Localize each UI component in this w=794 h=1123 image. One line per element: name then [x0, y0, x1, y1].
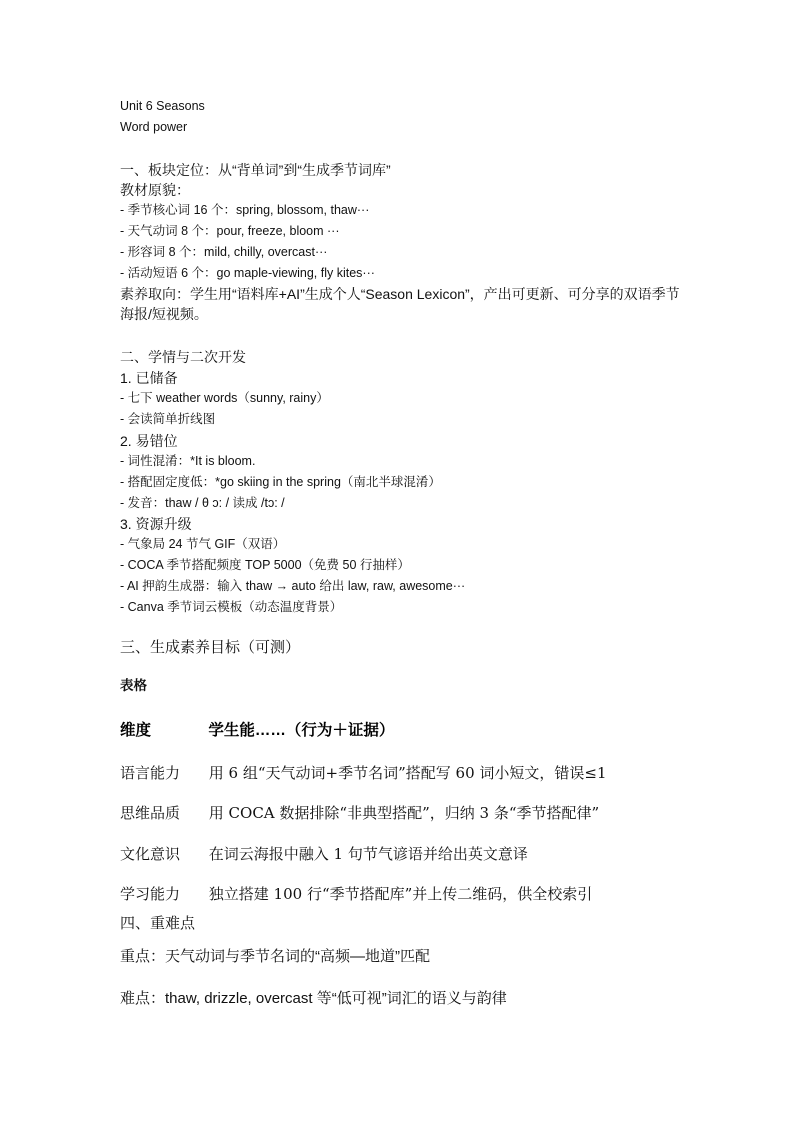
group-item: - 搭配固定度低：*go skiing in the spring（南北半球混淆…	[120, 473, 441, 491]
group-item: - 七下 weather words（sunny, rainy）	[120, 389, 329, 407]
table-header-dimension: 维度	[120, 720, 204, 742]
group-item: - 气象局 24 节气 GIF（双语）	[120, 535, 285, 553]
table-cell-ability: 独立搭建 100 行“季节搭配库”并上传二维码，供全校索引	[209, 883, 593, 905]
group-label: 2. 易错位	[120, 431, 178, 451]
difficult-point: 难点：thaw, drizzle, overcast 等“低可视”词汇的语义与韵…	[120, 988, 507, 1010]
table-cell-dimension: 语言能力	[120, 762, 204, 784]
document-page: Unit 6 Seasons Word power 一、板块定位：从“背单词”到…	[0, 0, 794, 1123]
table-cell-ability: 在词云海报中融入 1 句节气谚语并给出英文意译	[209, 843, 528, 865]
section2-title: 二、学情与二次开发	[120, 347, 246, 367]
group-item: - COCA 季节搭配频度 TOP 5000（免费 50 行抽样）	[120, 556, 410, 574]
materials-label: 教材原貌：	[120, 180, 190, 200]
table-cell-dimension: 文化意识	[120, 843, 204, 865]
group-label: 1. 已储备	[120, 368, 178, 388]
material-item: - 季节核心词 16 个：spring, blossom, thaw···	[120, 201, 369, 219]
group-item: - 会读简单折线图	[120, 410, 215, 428]
table-row: 学习能力 独立搭建 100 行“季节搭配库”并上传二维码，供全校索引	[120, 883, 592, 905]
table-row: 文化意识 在词云海报中融入 1 句节气谚语并给出英文意译	[120, 843, 528, 865]
table-cell-dimension: 学习能力	[120, 883, 204, 905]
material-item: - 活动短语 6 个：go maple-viewing, fly kites··…	[120, 264, 375, 282]
unit-title: Unit 6 Seasons	[120, 97, 205, 115]
section4-title: 四、重难点	[120, 913, 195, 935]
table-cell-ability: 用 COCA 数据排除“非典型搭配”，归纳 3 条“季节搭配律”	[209, 802, 599, 824]
table-cell-dimension: 思维品质	[120, 802, 204, 824]
literacy-orientation: 素养取向：学生用“语料库+AI”生成个人“Season Lexicon”，产出可…	[120, 284, 680, 324]
material-item: - 天气动词 8 个：pour, freeze, bloom ···	[120, 222, 340, 240]
section1-title: 一、板块定位：从“背单词”到“生成季节词库”	[120, 160, 391, 180]
table-row: 思维品质 用 COCA 数据排除“非典型搭配”，归纳 3 条“季节搭配律”	[120, 802, 599, 824]
table-row: 语言能力 用 6 组“天气动词+季节名词”搭配写 60 词小短文，错误≤1	[120, 762, 607, 784]
group-item: - 发音：thaw / θ ɔ: / 读成 /tɔ: /	[120, 494, 285, 512]
section3-title: 三、生成素养目标（可测）	[120, 637, 300, 659]
group-item: - 词性混淆：*It is bloom.	[120, 452, 255, 470]
table-cell-ability: 用 6 组“天气动词+季节名词”搭配写 60 词小短文，错误≤1	[209, 762, 607, 784]
group-item: - AI 押韵生成器：输入 thaw → auto 给出 law, raw, a…	[120, 577, 465, 595]
table-header-row: 维度 学生能……（行为＋证据）	[120, 720, 394, 742]
group-item: - Canva 季节词云模板（动态温度背景）	[120, 598, 342, 616]
group-label: 3. 资源升级	[120, 514, 192, 534]
material-item: - 形容词 8 个：mild, chilly, overcast···	[120, 243, 327, 261]
table-label: 表格	[120, 677, 147, 695]
table-header-ability: 学生能……（行为＋证据）	[208, 720, 394, 742]
key-point: 重点：天气动词与季节名词的“高频—地道”匹配	[120, 946, 430, 968]
lesson-title: Word power	[120, 118, 187, 136]
